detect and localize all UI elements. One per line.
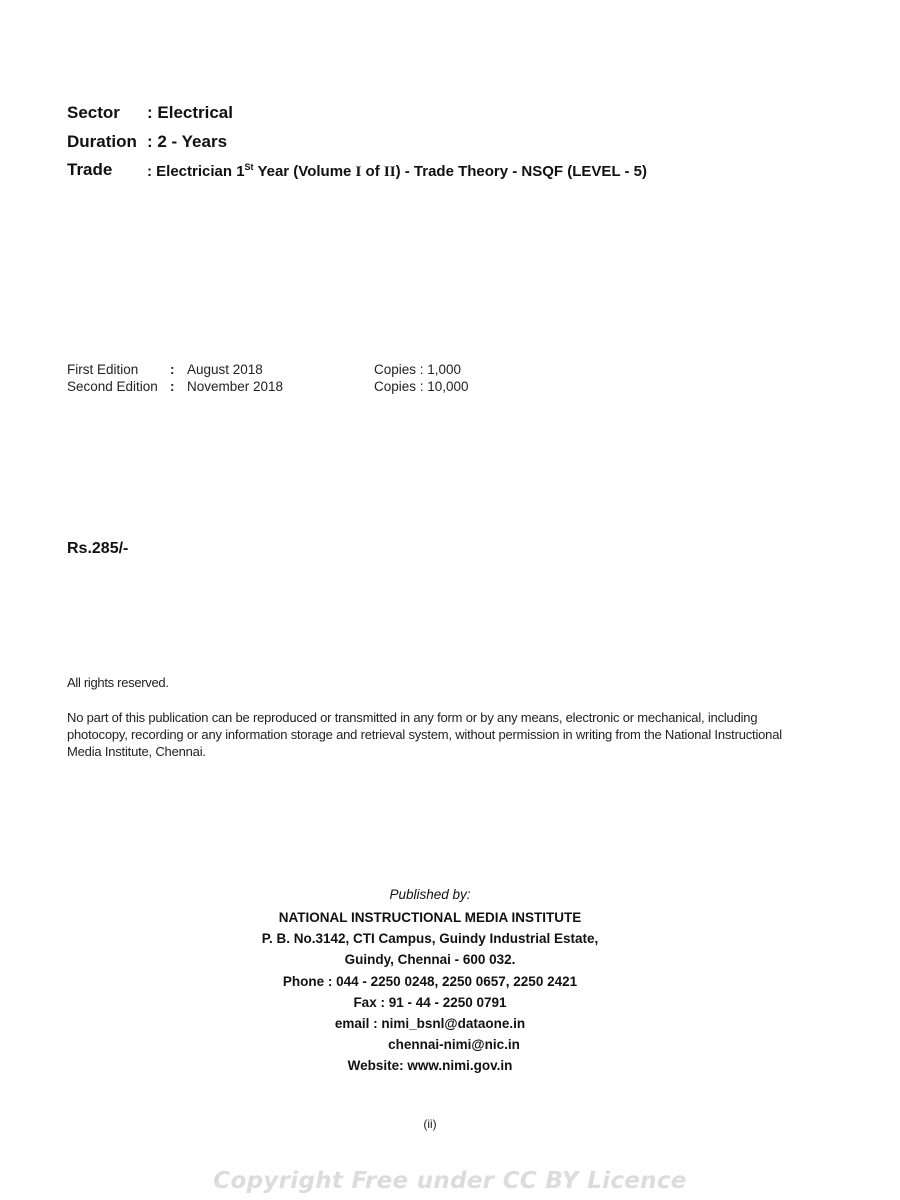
trade-value-mid: Year (Volume — [254, 163, 356, 180]
copyright-notice: No part of this publication can be repro… — [67, 709, 807, 760]
trade-label: Trade — [67, 160, 112, 180]
publisher-block: Published by: NATIONAL INSTRUCTIONAL MED… — [0, 886, 860, 1077]
publisher-phone: Phone : 044 - 2250 0248, 2250 0657, 2250… — [0, 971, 860, 992]
volume-of: of — [361, 163, 384, 180]
edition-colon: : — [170, 362, 175, 377]
rights-heading: All rights reserved. — [67, 675, 169, 690]
trade-value-suffix: ) - Trade Theory - NSQF (LEVEL - 5) — [396, 163, 647, 180]
edition-copies: Copies : 10,000 — [374, 379, 469, 394]
watermark: Copyright Free under CC BY Licence — [0, 1168, 900, 1194]
publisher-website: Website: www.nimi.gov.in — [0, 1055, 860, 1076]
edition-date: August 2018 — [187, 362, 263, 377]
publisher-fax: Fax : 91 - 44 - 2250 0791 — [0, 992, 860, 1013]
edition-label: Second Edition — [67, 379, 158, 394]
edition-date: November 2018 — [187, 379, 283, 394]
publisher-address-2: Guindy, Chennai - 600 032. — [0, 949, 860, 970]
page-number: (ii) — [0, 1117, 860, 1131]
publisher-email-2: chennai-nimi@nic.in — [0, 1034, 860, 1055]
edition-label: First Edition — [67, 362, 138, 377]
edition-colon: : — [170, 379, 175, 394]
published-by-label: Published by: — [0, 886, 860, 907]
publisher-address-1: P. B. No.3142, CTI Campus, Guindy Indust… — [0, 928, 860, 949]
trade-value-prefix: : Electrician 1 — [147, 163, 245, 180]
publisher-name: NATIONAL INSTRUCTIONAL MEDIA INSTITUTE — [0, 907, 860, 928]
publisher-email-1: email : nimi_bsnl@dataone.in — [0, 1013, 860, 1034]
duration-value: : 2 - Years — [147, 132, 227, 152]
volume-total: II — [384, 164, 396, 180]
duration-label: Duration — [67, 132, 137, 152]
trade-value-superscript: St — [245, 162, 254, 172]
sector-label: Sector — [67, 103, 120, 123]
price: Rs.285/- — [67, 540, 128, 558]
sector-value: : Electrical — [147, 103, 233, 123]
trade-value: : Electrician 1St Year (Volume I of II) … — [147, 162, 647, 181]
edition-copies: Copies : 1,000 — [374, 362, 461, 377]
